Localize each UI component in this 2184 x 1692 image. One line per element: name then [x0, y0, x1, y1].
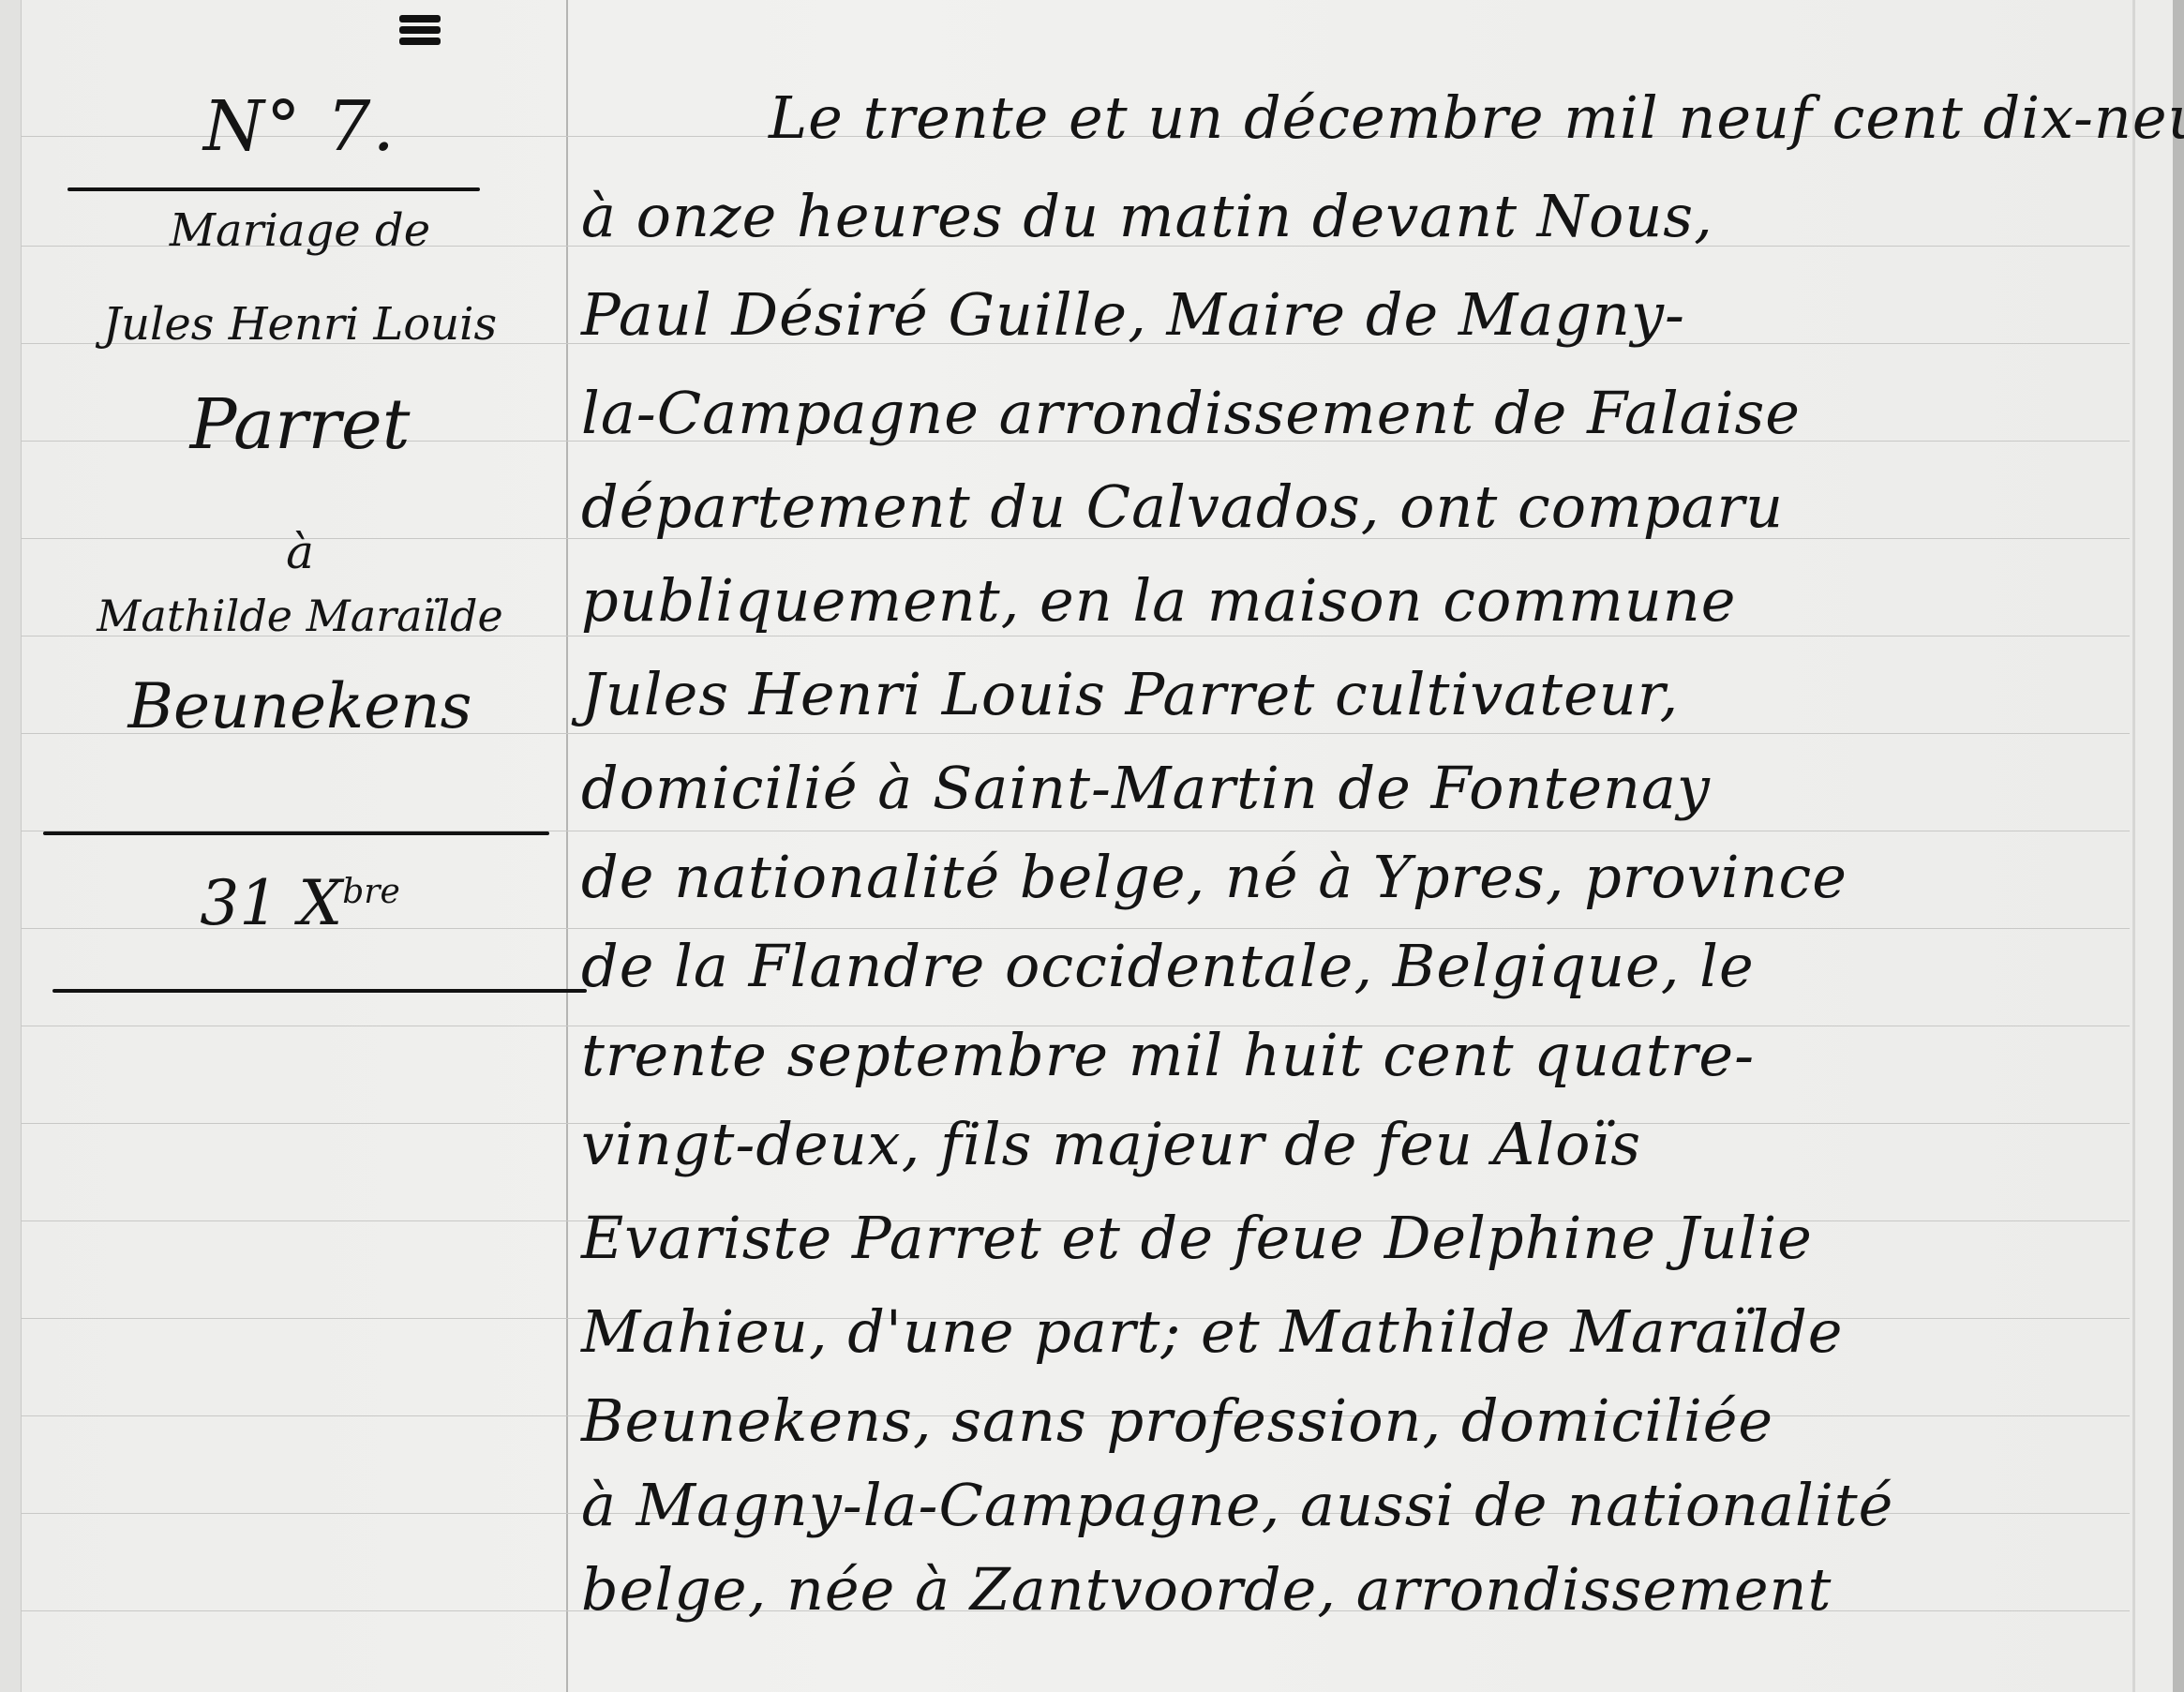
body-line: à Magny-la-Campagne, aussi de nationalit… — [581, 1476, 2128, 1535]
act-number: N° 7. — [37, 86, 562, 167]
act-date-suffix: bre — [342, 873, 400, 911]
body-line: Evariste Parret et de feue Delphine Juli… — [581, 1209, 2128, 1267]
body-line: Paul Désiré Guille, Maire de Magny- — [581, 286, 2128, 344]
margin-divider — [566, 0, 568, 1692]
margin-rule-bold — [52, 989, 587, 993]
page-right-edge — [2132, 0, 2135, 1692]
body-line: Le trente et un décembre mil neuf cent d… — [581, 89, 2128, 147]
body-line: domicilié à Saint-Martin de Fontenay — [581, 759, 2128, 817]
body-line: à onze heures du matin devant Nous, — [581, 187, 2128, 246]
body-line: Jules Henri Louis Parret cultivateur, — [581, 666, 2128, 724]
body-line: belge, née à Zantvoorde, arrondissement — [581, 1561, 2128, 1619]
act-date-day: 31 X — [200, 867, 342, 939]
act-label: Mariage de — [37, 204, 562, 257]
body-line: Mahieu, d'une part; et Mathilde Maraïlde — [581, 1303, 2128, 1361]
body-line: département du Calvados, ont comparu — [581, 478, 2128, 536]
register-page: N° 7. Mariage de Jules Henri Louis Parre… — [0, 0, 2184, 1692]
page-left-edge — [0, 0, 22, 1692]
margin-annotation: N° 7. Mariage de Jules Henri Louis Parre… — [37, 0, 562, 1692]
body-line: la-Campagne arrondissement de Falaise — [581, 384, 2128, 442]
conjunction: à — [37, 525, 562, 579]
body-line: de la Flandre occidentale, Belgique, le — [581, 937, 2128, 996]
groom-surname: Parret — [37, 384, 562, 465]
act-date: 31 Xbre — [37, 867, 562, 939]
body-line: de nationalité belge, né à Ypres, provin… — [581, 848, 2128, 906]
bride-surname: Beunekens — [37, 670, 562, 742]
groom-given-names: Jules Henri Louis — [37, 298, 562, 351]
margin-rule-bold — [67, 187, 480, 191]
body-line: vingt-deux, fils majeur de feu Aloïs — [581, 1116, 2128, 1174]
body-line: trente septembre mil huit cent quatre- — [581, 1026, 2128, 1085]
body-line: publiquement, en la maison commune — [581, 572, 2128, 630]
body-line: Beunekens, sans profession, domiciliée — [581, 1392, 2128, 1450]
margin-rule-bold — [43, 831, 549, 835]
bride-given-names: Mathilde Maraïlde — [37, 591, 562, 641]
page-binding-edge — [2173, 0, 2184, 1692]
